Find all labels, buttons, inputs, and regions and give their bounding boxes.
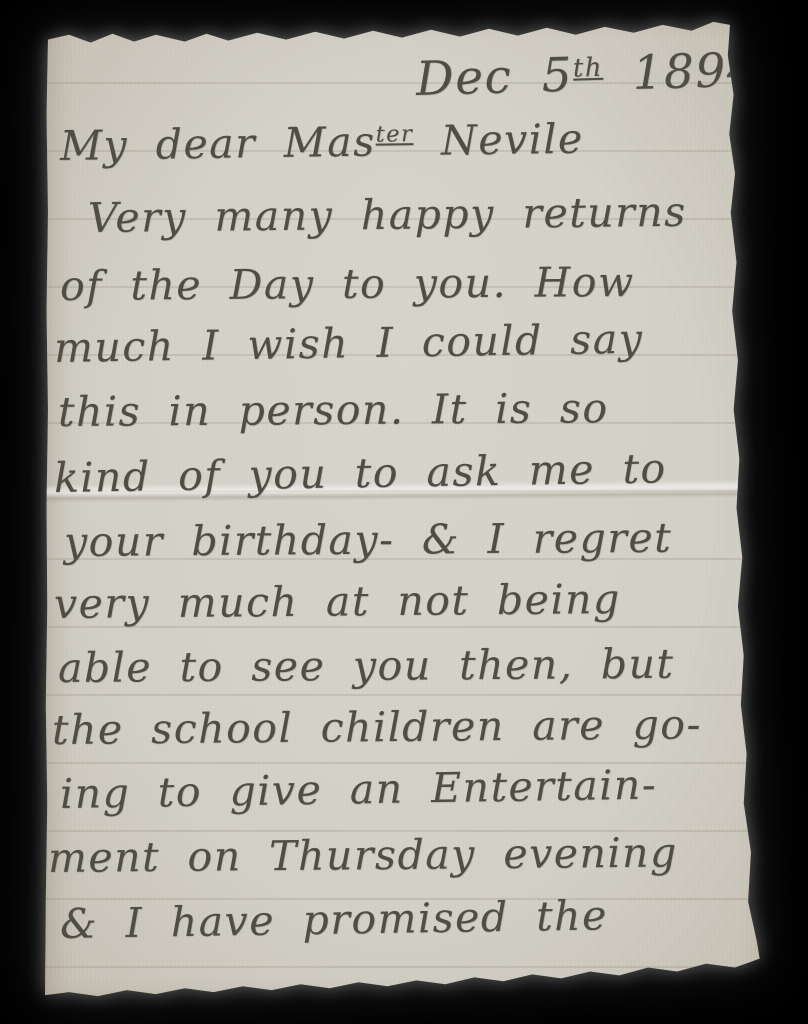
letter-line: this in person. It is so	[58, 384, 609, 436]
letter-paper: Dec 5th 1894 My dear Master Nevile Very …	[40, 16, 764, 1000]
letter-line: your birthday- & I regret	[64, 514, 672, 566]
letter-line: very much at not being	[54, 575, 621, 628]
date-year: 1894	[602, 42, 759, 101]
letter-salutation: My dear Master Nevile	[60, 115, 584, 170]
letter-line: Very many happy returns	[88, 188, 687, 242]
salutation-superscript: ter	[375, 121, 413, 148]
letter-line: ing to give an Entertain-	[60, 761, 658, 818]
salutation-name: Nevile	[413, 115, 584, 165]
letter-line: the school children are go-	[52, 700, 702, 754]
date-text: Dec 5	[415, 48, 574, 107]
letter-line: kind of you to ask me to	[54, 444, 667, 502]
letter-line: ment on Thursday evening	[48, 829, 678, 882]
letter-line: much I wish I could say	[54, 315, 644, 372]
letter-line: & I have promised the	[60, 891, 609, 948]
letter-date: Dec 5th 1894	[415, 42, 759, 107]
letter-photo: Dec 5th 1894 My dear Master Nevile Very …	[0, 0, 808, 1024]
letter-line: of the Day to you. How	[60, 258, 635, 310]
salutation-text: My dear Mas	[60, 118, 376, 170]
letter-line: able to see you then, but	[58, 640, 675, 692]
letter-paper-shadow: Dec 5th 1894 My dear Master Nevile Very …	[40, 16, 764, 1000]
date-superscript: th	[573, 53, 604, 84]
